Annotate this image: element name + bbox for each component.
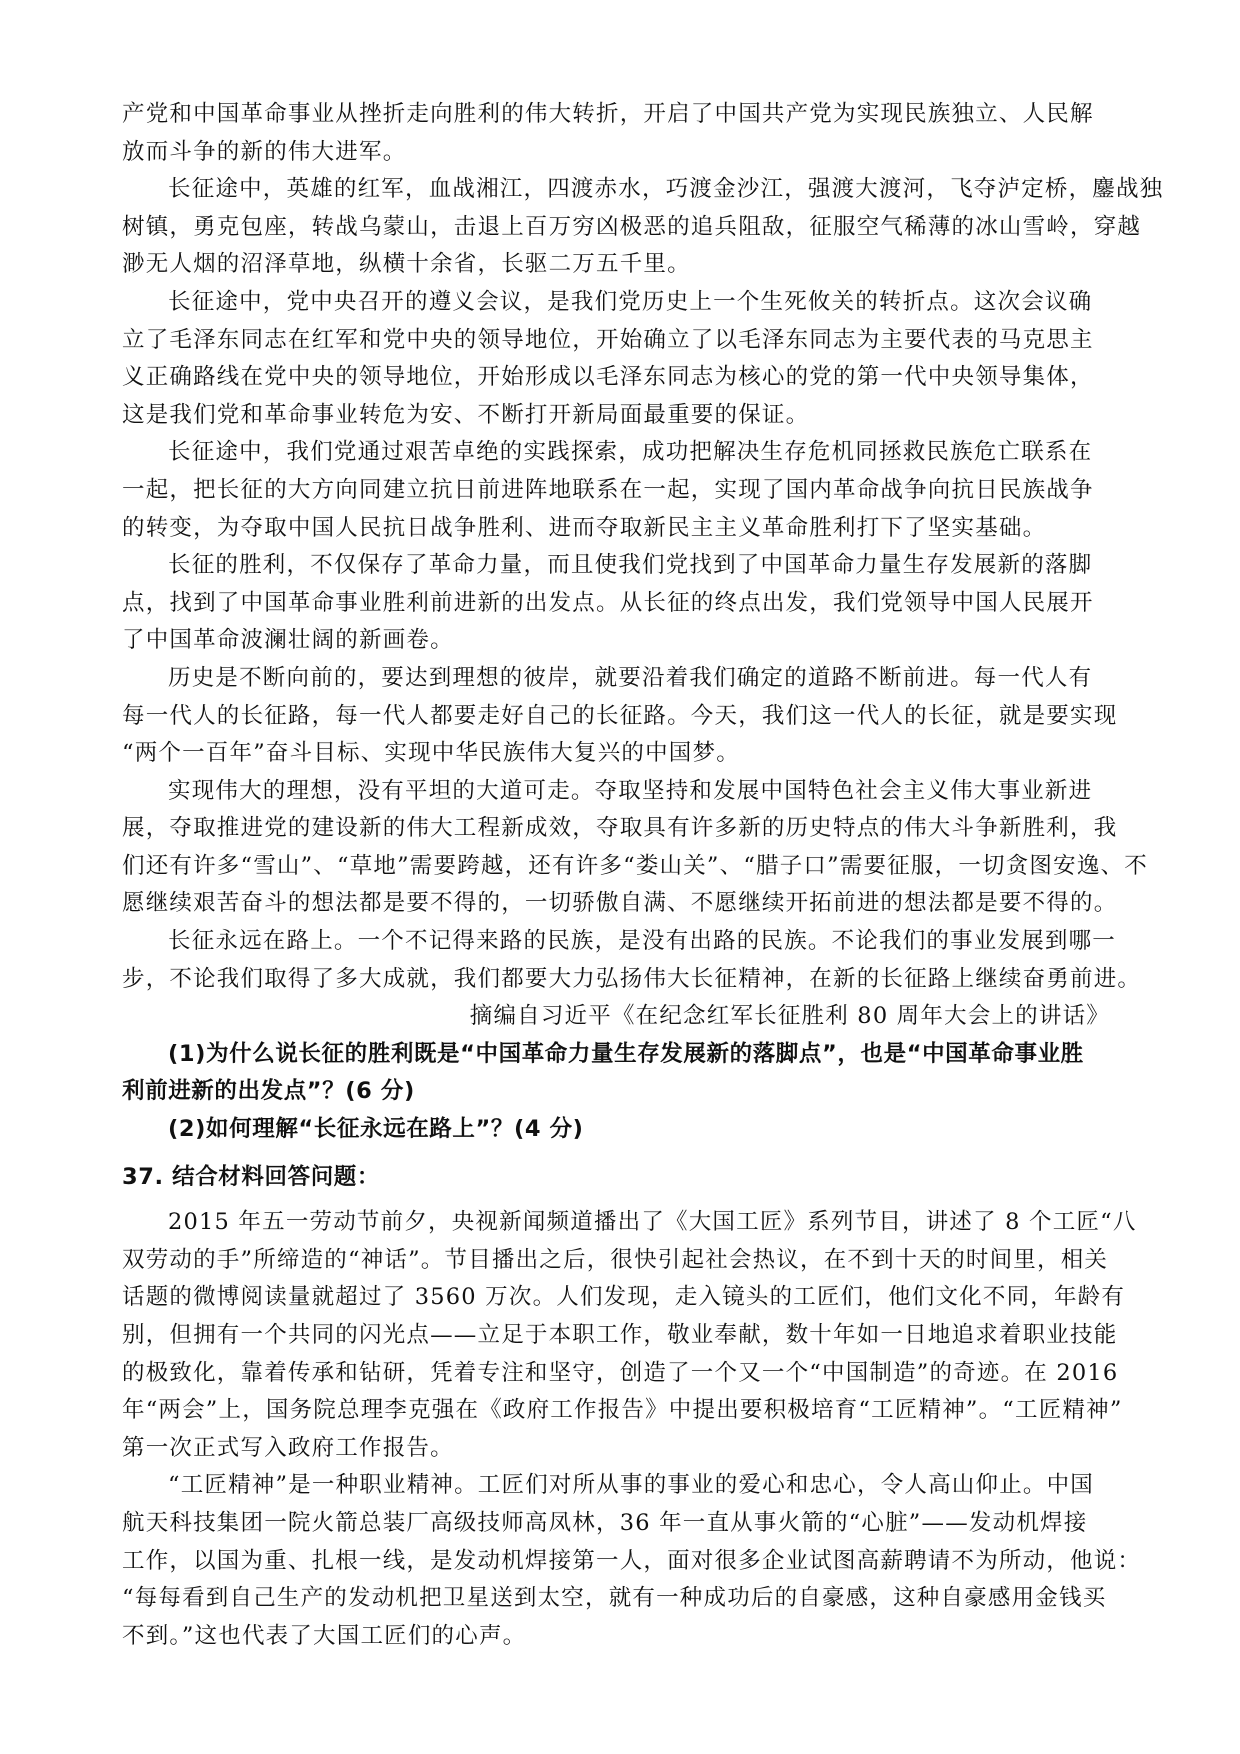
text-line: 的极致化，靠着传承和钻研，凭着专注和坚守，创造了一个又一个“中国制造”的奇迹。在… — [122, 1355, 1122, 1393]
text-line: 别，但拥有一个共同的闪光点——立足于本职工作，敬业奉献，数十年如一日地追求着职业… — [122, 1317, 1122, 1355]
text-line: 义正确路线在党中央的领导地位，开始形成以毛泽东同志为核心的党的第一代中央领导集体… — [122, 359, 1122, 397]
passage-36: 产党和中国革命事业从挫折走向胜利的伟大转折，开启了中国共产党为实现民族独立、人民… — [122, 96, 1122, 1036]
source-citation: 摘编自习近平《在纪念红军长征胜利 80 周年大会上的讲话》 — [122, 998, 1122, 1036]
text-line: 立了毛泽东同志在红军和党中央的领导地位，开始确立了以毛泽东同志为主要代表的马克思… — [122, 322, 1122, 360]
text-line: “每每看到自己生产的发动机把卫星送到太空，就有一种成功后的自豪感，这种自豪感用金… — [122, 1580, 1122, 1618]
text-line: 第一次正式写入政府工作报告。 — [122, 1430, 1122, 1468]
exam-page: 产党和中国革命事业从挫折走向胜利的伟大转折，开启了中国共产党为实现民族独立、人民… — [122, 96, 1122, 1655]
text-line: 年“两会”上，国务院总理李克强在《政府工作报告》中提出要积极培育“工匠精神”。“… — [122, 1392, 1122, 1430]
text-line: 不到。”这也代表了大国工匠们的心声。 — [122, 1618, 1122, 1656]
text-line: “工匠精神”是一种职业精神。工匠们对所从事的事业的爱心和忠心，令人高山仰止。中国 — [122, 1467, 1122, 1505]
text-line: 们还有许多“雪山”、“草地”需要跨越，还有许多“娄山关”、“腊子口”需要征服，一… — [122, 848, 1122, 886]
text-line: 树镇，勇克包座，转战乌蒙山，击退上百万穷凶极恶的追兵阻敌，征服空气稀薄的冰山雪岭… — [122, 209, 1122, 247]
questions-36: (1)为什么说长征的胜利既是“中国革命力量生存发展新的落脚点”，也是“中国革命事… — [122, 1036, 1122, 1149]
passage-37: 2015 年五一劳动节前夕，央视新闻频道播出了《大国工匠》系列节目，讲述了 8 … — [122, 1204, 1122, 1655]
text-line: 步，不论我们取得了多大成就，我们都要大力弘扬伟大长征精神，在新的长征路上继续奋勇… — [122, 961, 1122, 999]
text-line: 渺无人烟的沼泽草地，纵横十余省，长驱二万五千里。 — [122, 246, 1122, 284]
text-line: 展，夺取推进党的建设新的伟大工程新成效，夺取具有许多新的历史特点的伟大斗争新胜利… — [122, 810, 1122, 848]
text-line: 放而斗争的新的伟大进军。 — [122, 134, 1122, 172]
text-line: 实现伟大的理想，没有平坦的大道可走。夺取坚持和发展中国特色社会主义伟大事业新进 — [122, 773, 1122, 811]
text-line: 工作，以国为重、扎根一线，是发动机焊接第一人，面对很多企业试图高薪聘请不为所动，… — [122, 1543, 1122, 1581]
text-line: 话题的微博阅读量就超过了 3560 万次。人们发现，走入镜头的工匠们，他们文化不… — [122, 1279, 1122, 1317]
question-1-cont: 利前进新的出发点”？(6 分) — [122, 1073, 1122, 1111]
text-line: 点，找到了中国革命事业胜利前进新的出发点。从长征的终点出发，我们党领导中国人民展… — [122, 585, 1122, 623]
text-line: 了中国革命波澜壮阔的新画卷。 — [122, 622, 1122, 660]
text-line: 每一代人的长征路，每一代人都要走好自己的长征路。今天，我们这一代人的长征，就是要… — [122, 698, 1122, 736]
text-line: 的转变，为夺取中国人民抗日战争胜利、进而夺取新民主主义革命胜利打下了坚实基础。 — [122, 510, 1122, 548]
text-line: 长征途中，英雄的红军，血战湘江，四渡赤水，巧渡金沙江，强渡大渡河，飞夺泸定桥，鏖… — [122, 171, 1122, 209]
text-line: 长征永远在路上。一个不记得来路的民族，是没有出路的民族。不论我们的事业发展到哪一 — [122, 923, 1122, 961]
text-line: 历史是不断向前的，要达到理想的彼岸，就要沿着我们确定的道路不断前进。每一代人有 — [122, 660, 1122, 698]
text-line: 长征的胜利，不仅保存了革命力量，而且使我们党找到了中国革命力量生存发展新的落脚 — [122, 547, 1122, 585]
question-1: (1)为什么说长征的胜利既是“中国革命力量生存发展新的落脚点”，也是“中国革命事… — [122, 1036, 1122, 1074]
text-line: 愿继续艰苦奋斗的想法都是要不得的，一切骄傲自满、不愿继续开拓前进的想法都是要不得… — [122, 885, 1122, 923]
text-line: 航天科技集团一院火箭总装厂高级技师高凤林，36 年一直从事火箭的“心脏”——发动… — [122, 1505, 1122, 1543]
text-line: 双劳动的手”所缔造的“神话”。节目播出之后，很快引起社会热议，在不到十天的时间里… — [122, 1242, 1122, 1280]
text-line: 这是我们党和革命事业转危为安、不断打开新局面最重要的保证。 — [122, 397, 1122, 435]
text-line: 长征途中，党中央召开的遵义会议，是我们党历史上一个生死攸关的转折点。这次会议确 — [122, 284, 1122, 322]
question-2: (2)如何理解“长征永远在路上”？(4 分) — [122, 1111, 1122, 1149]
text-line: 一起，把长征的大方向同建立抗日前进阵地联系在一起，实现了国内革命战争向抗日民族战… — [122, 472, 1122, 510]
text-line: 长征途中，我们党通过艰苦卓绝的实践探索，成功把解决生存危机同拯救民族危亡联系在 — [122, 434, 1122, 472]
question-37-heading: 37. 结合材料回答问题： — [122, 1159, 1122, 1197]
text-line: “两个一百年”奋斗目标、实现中华民族伟大复兴的中国梦。 — [122, 735, 1122, 773]
text-line: 2015 年五一劳动节前夕，央视新闻频道播出了《大国工匠》系列节目，讲述了 8 … — [122, 1204, 1122, 1242]
text-line: 产党和中国革命事业从挫折走向胜利的伟大转折，开启了中国共产党为实现民族独立、人民… — [122, 96, 1122, 134]
